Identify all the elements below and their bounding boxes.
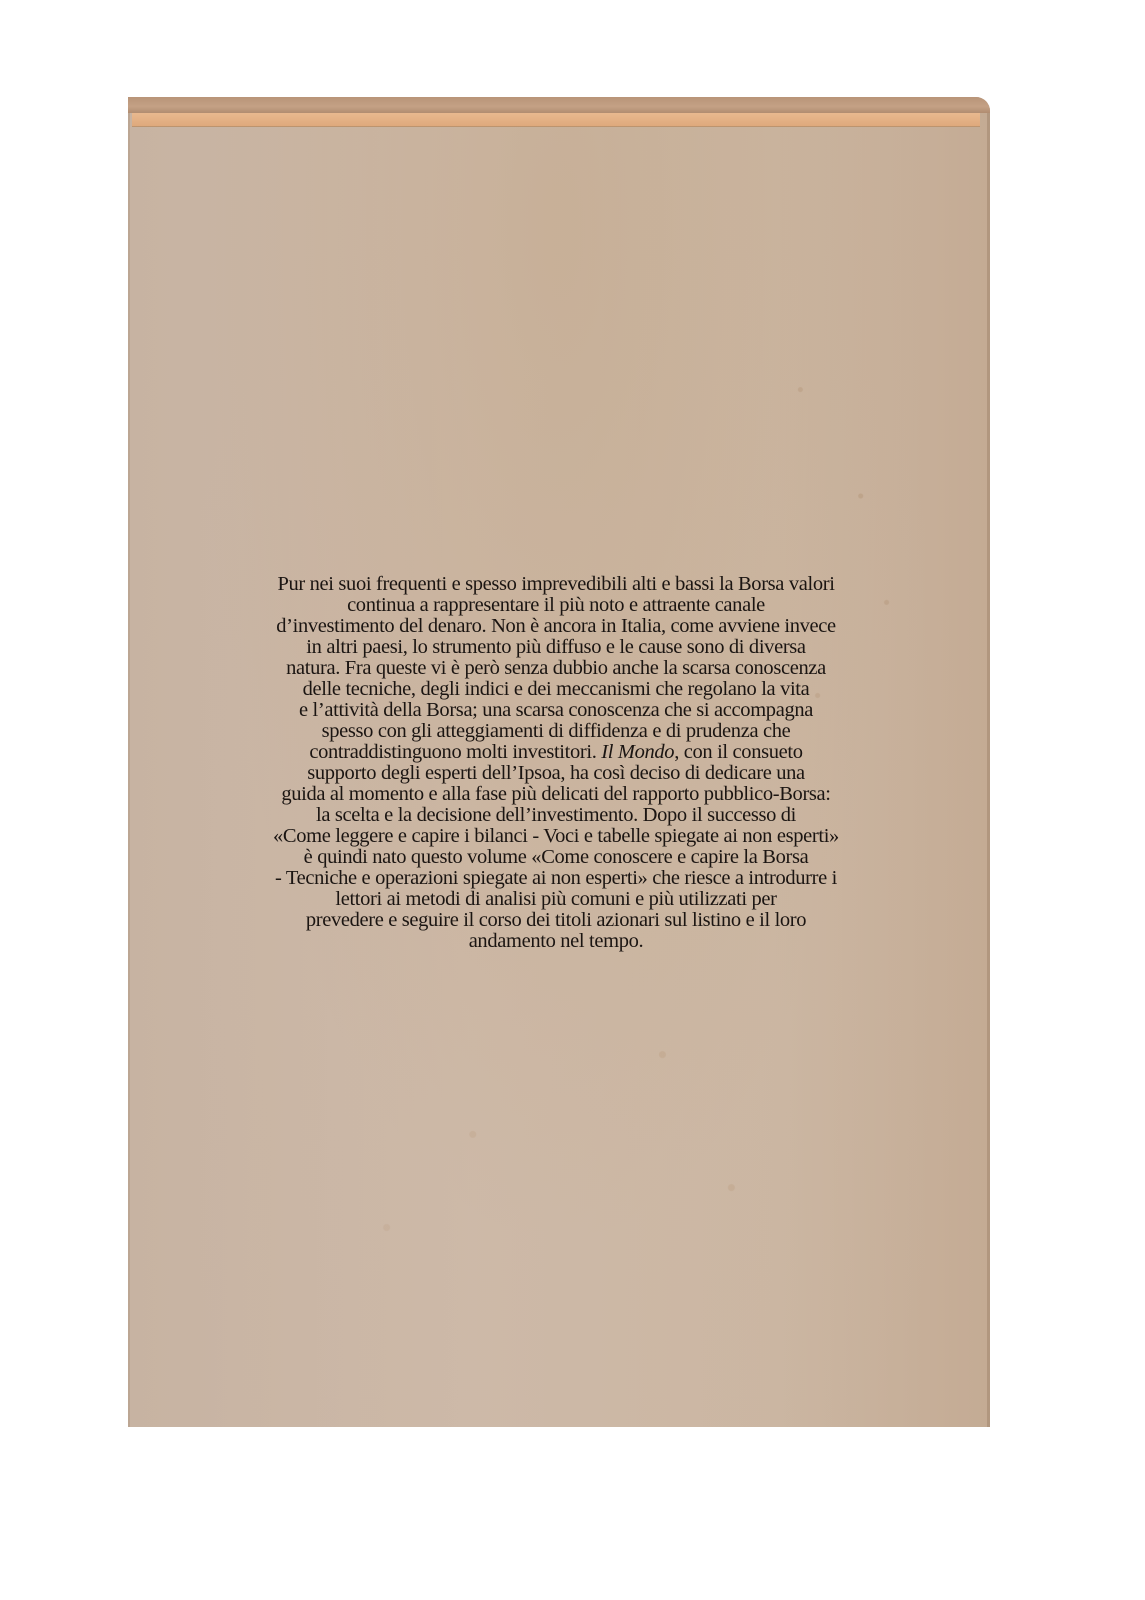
- blurb-line: guida al momento e alla fase più delicat…: [246, 784, 866, 805]
- blurb-line: la scelta e la decisione dell’investimen…: [246, 805, 866, 826]
- cover-top-edge: [128, 97, 990, 113]
- magazine-title: Il Mondo: [601, 741, 674, 763]
- blurb-line: è quindi nato questo volume «Come conosc…: [246, 847, 866, 868]
- blurb-line: Pur nei suoi frequenti e spesso impreved…: [246, 574, 866, 595]
- blurb-line: delle tecniche, degli indici e dei mecca…: [246, 679, 866, 700]
- cover-orange-strip: [132, 113, 980, 127]
- back-cover-blurb: Pur nei suoi frequenti e spesso impreved…: [246, 574, 866, 952]
- blurb-line: andamento nel tempo.: [246, 931, 866, 952]
- blurb-line: prevedere e seguire il corso dei titoli …: [246, 910, 866, 931]
- blurb-line: natura. Fra queste vi è però senza dubbi…: [246, 658, 866, 679]
- blurb-line: «Come leggere e capire i bilanci - Voci …: [246, 826, 866, 847]
- blurb-line: - Tecniche e operazioni spiegate ai non …: [246, 868, 866, 889]
- blurb-line: contraddistinguono molti investitori. Il…: [246, 742, 866, 763]
- blurb-line: d’investimento del denaro. Non è ancora …: [246, 616, 866, 637]
- blurb-line: e l’attività della Borsa; una scarsa con…: [246, 700, 866, 721]
- blurb-text: , con il consueto: [674, 741, 802, 763]
- blurb-line: continua a rappresentare il più noto e a…: [246, 595, 866, 616]
- blurb-line: spesso con gli atteggiamenti di diffiden…: [246, 721, 866, 742]
- blurb-line: supporto degli esperti dell’Ipsoa, ha co…: [246, 763, 866, 784]
- blurb-line: in altri paesi, lo strumento più diffuso…: [246, 637, 866, 658]
- blurb-text: contraddistinguono molti investitori.: [309, 741, 601, 763]
- blurb-line: lettori ai metodi di analisi più comuni …: [246, 889, 866, 910]
- book-back-cover: Pur nei suoi frequenti e spesso impreved…: [128, 97, 990, 1427]
